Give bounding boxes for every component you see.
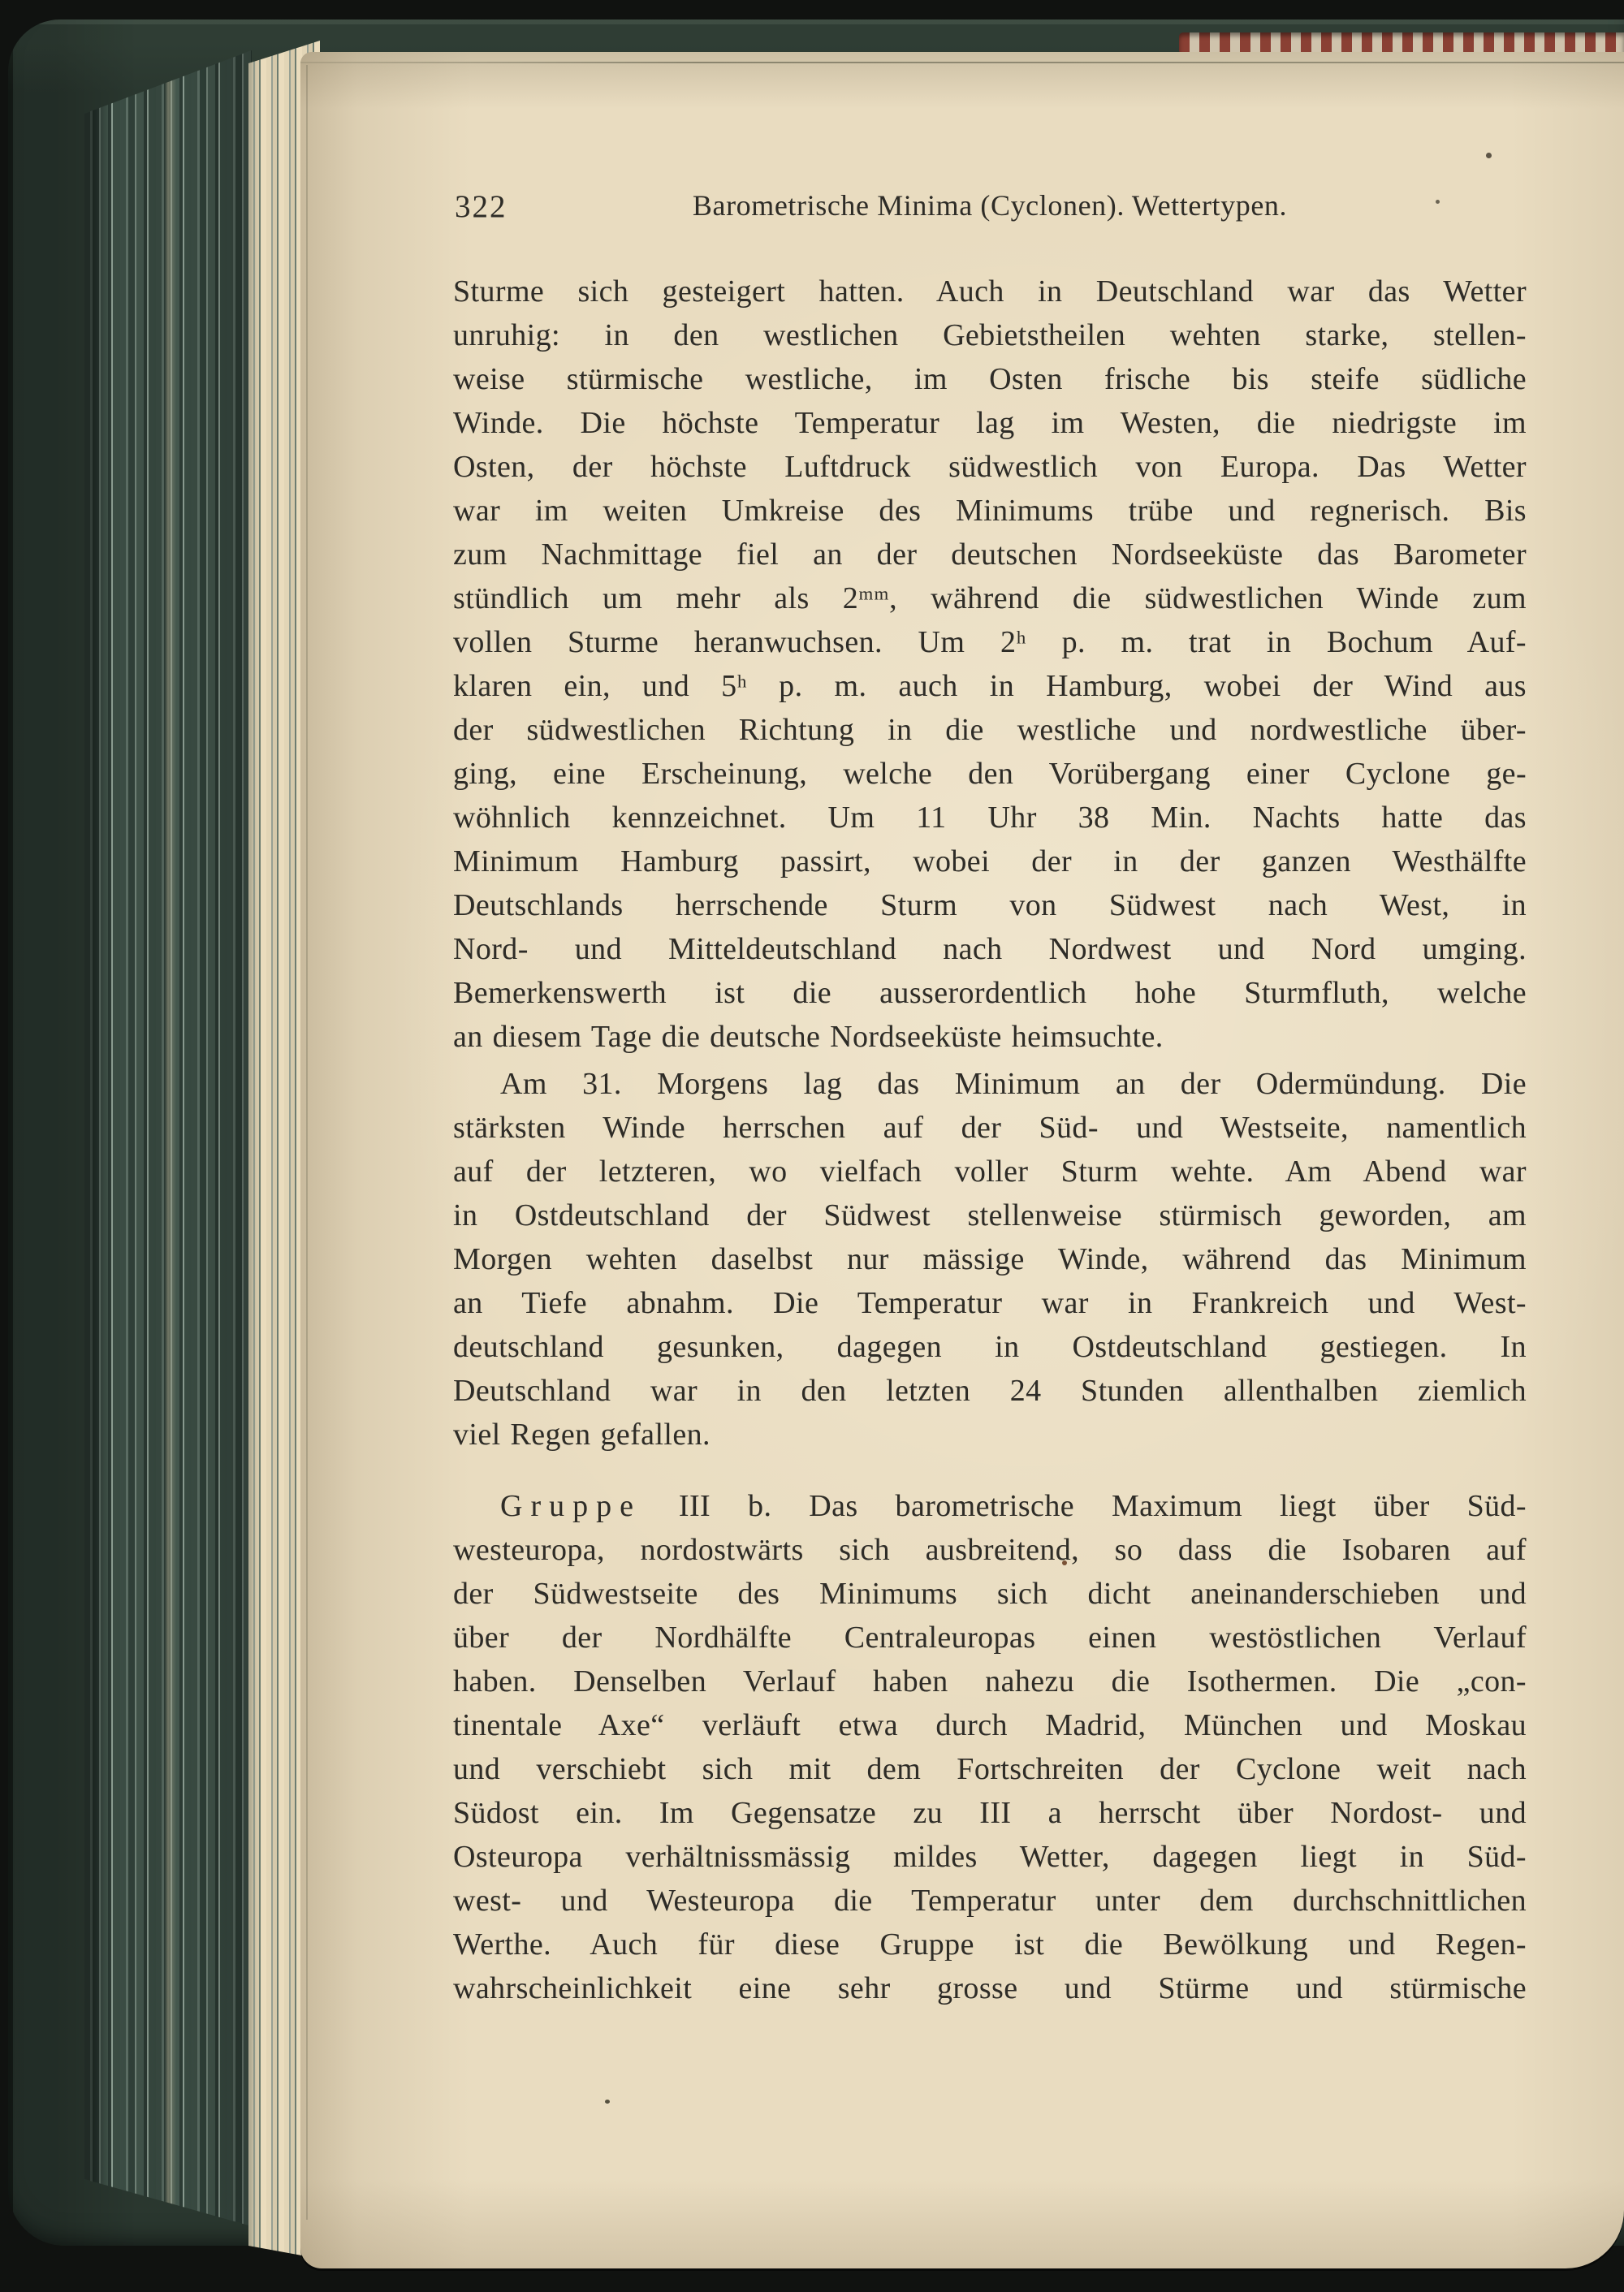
page-edge-stack-green [84,50,252,2226]
text-line: haben. Denselben Verlauf haben nahezu di… [453,1660,1527,1703]
text-line: in Ostdeutschland der Südwest stellenwei… [453,1193,1527,1237]
text-line: stündlich um mehr als 2ᵐᵐ, während die s… [453,576,1527,620]
text-line: vollen Sturme heranwuchsen. Um 2ʰ p. m. … [453,620,1527,664]
text-line: Osteuropa verhältnissmässig mildes Wette… [453,1835,1527,1879]
text-line: über der Nordhälfte Centraleuropas einen… [453,1616,1527,1660]
text-line: tinentale Axe“ verläuft etwa durch Madri… [453,1703,1527,1747]
text-line: auf der letzteren, wo vielfach voller St… [453,1150,1527,1193]
page-speck [1486,153,1492,158]
page-speck [1062,1560,1067,1565]
text-line: Morgen wehten daselbst nur mässige Winde… [453,1237,1527,1281]
text-line: stärksten Winde herrschen auf der Süd- u… [453,1106,1527,1150]
text-line: Winde. Die höchste Temperatur lag im Wes… [453,401,1527,445]
group-label-rest: III b. Das barometrische Maximum liegt ü… [641,1489,1527,1523]
text-line: Werthe. Auch für diese Gruppe ist die Be… [453,1923,1527,1966]
text-line: Deutschland war in den letzten 24 Stunde… [453,1369,1527,1413]
headband [1179,32,1624,54]
text-line: weise stürmische westliche, im Osten fri… [453,357,1527,401]
page-speck [1436,200,1440,204]
paragraph-3: Gruppe III b. Das barometrische Maximum … [453,1484,1527,2010]
text-line: an Tiefe abnahm. Die Temperatur war in F… [453,1281,1527,1325]
page-under-edge-line [300,62,1624,63]
text-line: Gruppe III b. Das barometrische Maximum … [453,1484,1527,1528]
text-line: westeuropa, nordostwärts sich ausbreiten… [453,1528,1527,1572]
book-scan: 322 Barometrische Minima (Cyclonen). Wet… [0,0,1624,2292]
text-line: Osten, der höchste Luftdruck südwestlich… [453,445,1527,489]
paragraph-1: Sturme sich gesteigert hatten. Auch in D… [453,270,1527,1059]
text-line: viel Regen gefallen. [453,1413,1527,1457]
text-line: deutschland gesunken, dagegen in Ostdeut… [453,1325,1527,1369]
page-header-row: 322 Barometrische Minima (Cyclonen). Wet… [453,188,1527,227]
text-line: Sturme sich gesteigert hatten. Auch in D… [453,270,1527,313]
text-line: west- und Westeuropa die Temperatur unte… [453,1879,1527,1923]
text-line: der südwestlichen Richtung in die westli… [453,708,1527,752]
paragraph-3-lines: westeuropa, nordostwärts sich ausbreiten… [453,1528,1527,2010]
paragraph-2: Am 31. Morgens lag das Minimum an der Od… [453,1062,1527,1457]
text-line: wahrscheinlichkeit eine sehr grosse und … [453,1966,1527,2010]
text-line: Am 31. Morgens lag das Minimum an der Od… [453,1062,1527,1106]
text-line: und verschiebt sich mit dem Fortschreite… [453,1747,1527,1791]
page-number: 322 [455,188,508,225]
text-line: Südost ein. Im Gegensatze zu III a herrs… [453,1791,1527,1835]
text-line: unruhig: in den westlichen Gebietstheile… [453,313,1527,357]
running-header: Barometrische Minima (Cyclonen). Wettert… [453,188,1527,222]
text-line: Minimum Hamburg passirt, wobei der in de… [453,840,1527,883]
text-line: zum Nachmittage fiel an der deutschen No… [453,533,1527,576]
text-line: Deutschlands herrschende Sturm von Südwe… [453,883,1527,927]
page-text-block: 322 Barometrische Minima (Cyclonen). Wet… [453,188,1527,2010]
text-line: an diesem Tage die deutsche Nordseeküste… [453,1015,1527,1059]
text-line: Bemerkenswerth ist die ausserordentlich … [453,971,1527,1015]
body-text: Sturme sich gesteigert hatten. Auch in D… [453,270,1527,2010]
text-line: ging, eine Erscheinung, welche den Vorüb… [453,752,1527,796]
page-left-edge-line [306,65,308,2220]
text-line: Nord- und Mitteldeutschland nach Nordwes… [453,927,1527,971]
text-line: der Südwestseite des Minimums sich dicht… [453,1572,1527,1616]
text-line: klaren ein, und 5ʰ p. m. auch in Hamburg… [453,664,1527,708]
text-line: wöhnlich kennzeichnet. Um 11 Uhr 38 Min.… [453,796,1527,840]
group-label: Gruppe [500,1489,641,1523]
page-speck [605,2100,610,2104]
text-line: war im weiten Umkreise des Minimums trüb… [453,489,1527,533]
